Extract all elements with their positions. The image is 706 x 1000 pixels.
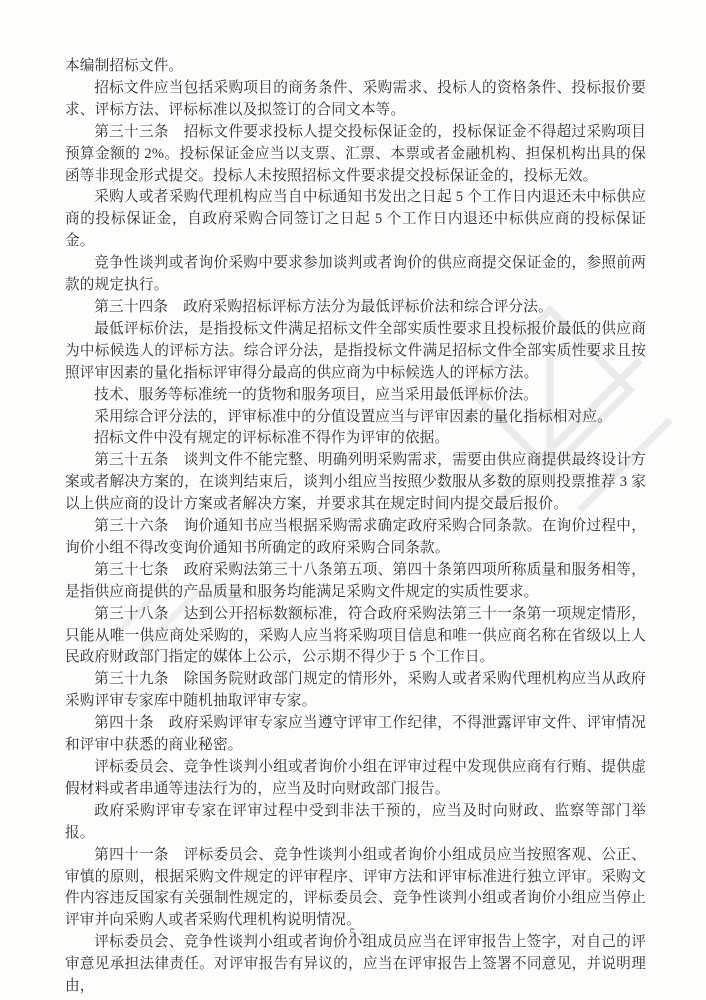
paragraph-article-40: 第四十条 政府采购评审专家应当遵守评审工作纪律，不得泄露评审文件、评审情况和评审… [65,713,646,757]
paragraph: 招标文件中没有规定的评标标准不得作为评审的依据。 [65,428,646,450]
paragraph-article-33: 第三十三条 招标文件要求投标人提交投标保证金的，投标保证金不得超过采购项目预算金… [65,122,646,188]
paragraph: 本编制招标文件。 [65,56,646,78]
paragraph: 采购人或者采购代理机构应当自中标通知书发出之日起 5 个工作日内退还未中标供应商… [65,187,646,253]
paragraph-article-38: 第三十八条 达到公开招标数额标准，符合政府采购法第三十一条第一项规定情形，只能从… [65,604,646,670]
paragraph-article-37: 第三十七条 政府采购法第三十八条第五项、第四十条第四项所称质量和服务相等，是指供… [65,560,646,604]
document-page: 本编制招标文件。 招标文件应当包括采购项目的商务条件、采购需求、投标人的资格条件… [0,0,706,1000]
paragraph: 政府采购评审专家在评审过程中受到非法干预的，应当及时向财政、监察等部门举报。 [65,801,646,845]
paragraph-article-41: 第四十一条 评标委员会、竞争性谈判小组或者询价小组成员应当按照客观、公正、审慎的… [65,845,646,933]
page-number: - 5 - [0,926,706,941]
paragraph: 技术、服务等标准统一的货物和服务项目，应当采用最低评标价法。 [65,385,646,407]
paragraph: 采用综合评分法的，评审标准中的分值设置应当与评审因素的量化指标相对应。 [65,407,646,429]
paragraph-article-39: 第三十九条 除国务院财政部门规定的情形外，采购人或者采购代理机构应当从政府采购评… [65,669,646,713]
paragraph: 评标委员会、竞争性谈判小组或者询价小组成员应当在评审报告上签字，对自己的评审意见… [65,932,646,998]
paragraph: 评标委员会、竞争性谈判小组或者询价小组在评审过程中发现供应商有行贿、提供虚假材料… [65,757,646,801]
paragraph-article-35: 第三十五条 谈判文件不能完整、明确列明采购需求，需要由供应商提供最终设计方案或者… [65,450,646,516]
paragraph: 竞争性谈判或者询价采购中要求参加谈判或者询价的供应商提交保证金的，参照前两款的规… [65,253,646,297]
paragraph: 最低评标价法，是指投标文件满足招标文件全部实质性要求且投标报价最低的供应商为中标… [65,319,646,385]
paragraph-article-36: 第三十六条 询价通知书应当根据采购需求确定政府采购合同条款。在询价过程中，询价小… [65,516,646,560]
paragraph-article-34: 第三十四条 政府采购招标评标方法分为最低评标价法和综合评分法。 [65,297,646,319]
paragraph: 招标文件应当包括采购项目的商务条件、采购需求、投标人的资格条件、投标报价要求、评… [65,78,646,122]
document-text: 本编制招标文件。 招标文件应当包括采购项目的商务条件、采购需求、投标人的资格条件… [65,56,646,998]
